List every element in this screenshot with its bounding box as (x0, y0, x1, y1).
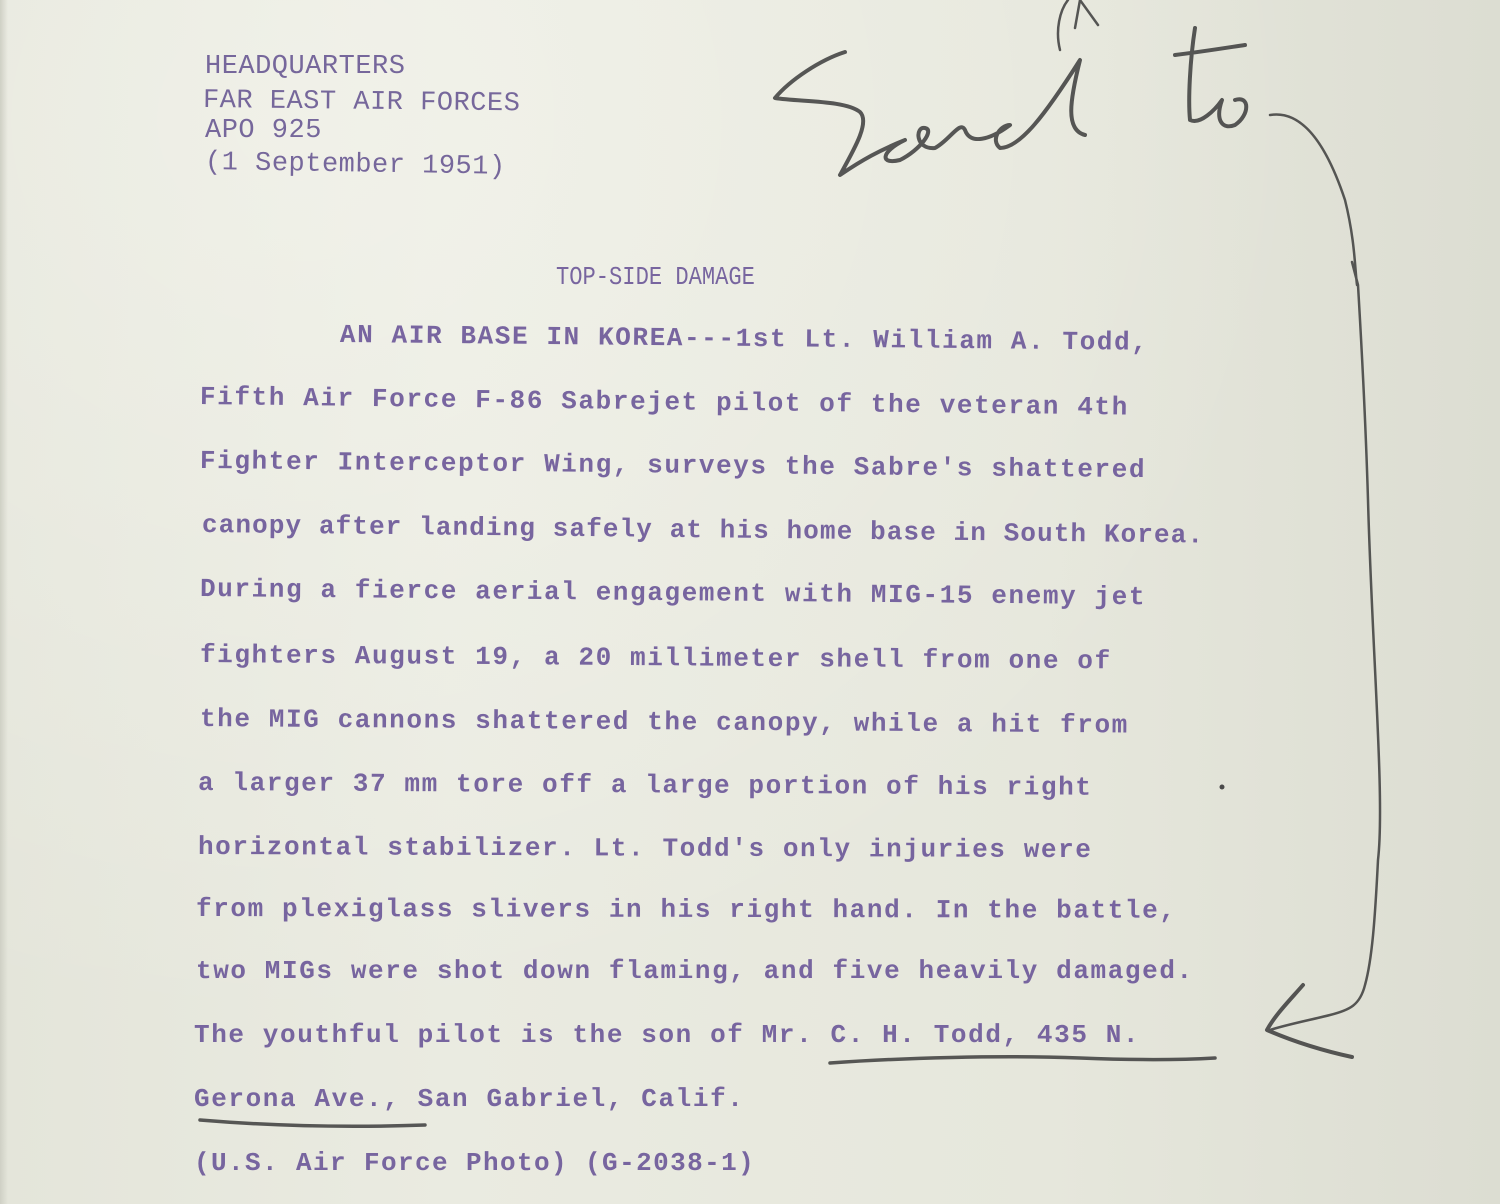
body-line: two MIGs were shot down flaming, and fiv… (196, 956, 1194, 986)
body-line: fighters August 19, a 20 millimeter shel… (200, 640, 1112, 676)
document-title: TOP-SIDE DAMAGE (556, 262, 755, 292)
header-date: (1 September 1951) (205, 150, 506, 182)
photo-caption: (U.S. Air Force Photo) (G-2038-1) (194, 1148, 755, 1178)
header-line-2: FAR EAST AIR FORCES (203, 88, 521, 118)
body-line: from plexiglass slivers in his right han… (196, 894, 1177, 926)
body-line: a larger 37 mm tore off a large portion … (198, 768, 1093, 803)
body-line-parent-address: The youthful pilot is the son of Mr. C. … (194, 1020, 1140, 1050)
header-line-3: APO 925 (205, 118, 322, 145)
body-line-city: Gerona Ave., San Gabriel, Calif. (194, 1084, 744, 1114)
paper-edge-shadow (0, 0, 8, 1204)
body-line: horizontal stabilizer. Lt. Todd's only i… (198, 832, 1093, 865)
header-line-1: HEADQUARTERS (205, 54, 405, 81)
